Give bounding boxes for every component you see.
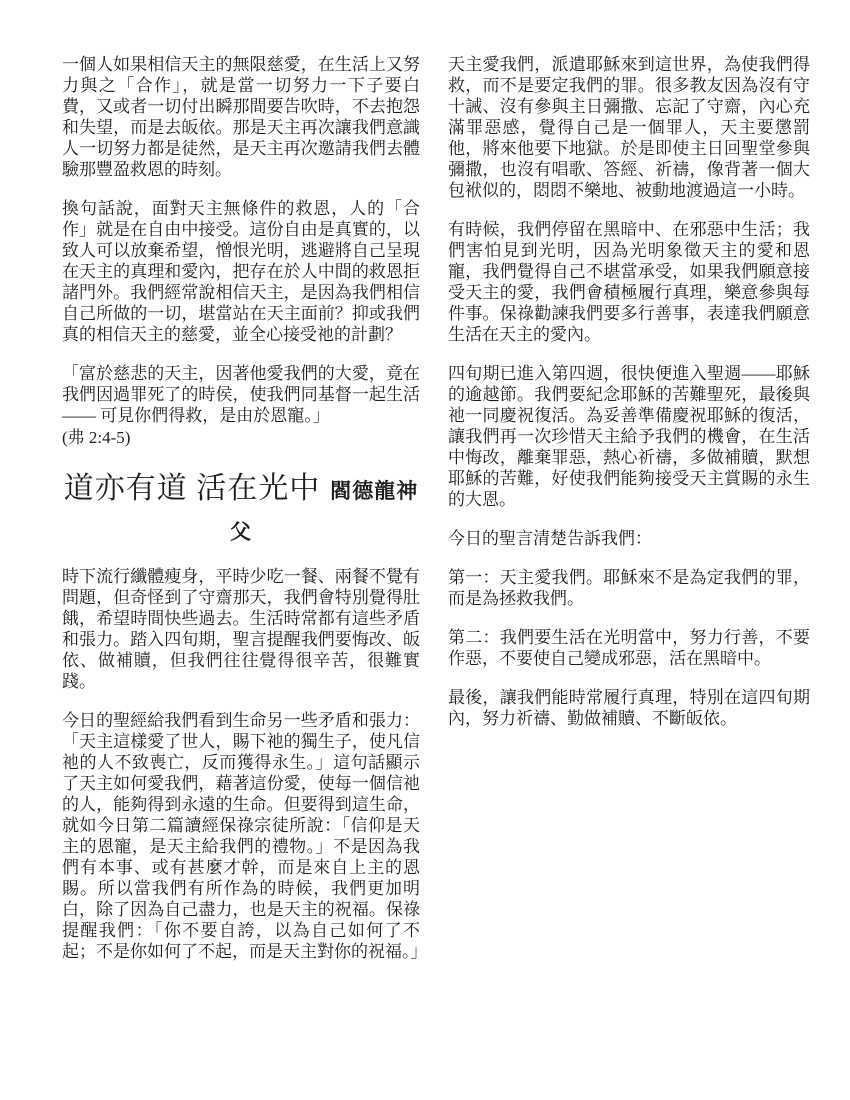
paragraph-cooperation-freedom: 換句話說，面對天主無條件的救恩，人的「合作」就是在自由中接受。這份自由是真實的，… [62,198,420,345]
bible-quote: 「富於慈悲的天主，因著他愛我們的大愛，竟在我們因過罪死了的時侯，使我們同基督一起… [62,363,420,426]
right-column: 天主愛我們，派遣耶穌來到這世界，為使我們得救，而不是要定我們的罪。很多教友因為沒… [448,54,810,1100]
paragraph-word-intro: 今日的聖言清楚告訴我們： [448,528,810,549]
paragraph-gods-love-gift: 今日的聖經給我們看到生命另一些矛盾和張力：「天主這樣愛了世人，賜下祂的獨生子，使… [62,710,420,962]
paragraph-darkness-light: 有時候，我們停留在黑暗中、在邪惡中生活；我們害怕見到光明，因為光明象徵天主的愛和… [448,219,810,345]
paragraph-closing: 最後，讓我們能時常履行真理，特別在這四旬期內，努力祈禱、勤做補贖、不斷皈依。 [448,687,810,729]
paragraph-lent-fourth-week: 四旬期已進入第四週，很快便進入聖週——耶穌的逾越節。我們要紀念耶穌的苦難聖死，最… [448,363,810,510]
paragraph-point-one: 第一：天主愛我們。耶穌來不是為定我們的罪，而是為拯救我們。 [448,567,810,609]
quote-citation: (弗 2:4-5) [62,426,420,449]
paragraph-fasting-tension: 時下流行纖體瘦身，平時少吃一餐、兩餐不覺有問題，但奇怪到了守齋那天，我們會特別覺… [62,566,420,692]
article-heading: 道亦有道 活在光中閻德龍神父 [62,467,420,548]
paragraph-point-two: 第二：我們要生活在光明當中，努力行善，不要作惡，不要使自己變成邪惡，活在黑暗中。 [448,627,810,669]
document-page: 一個人如果相信天主的無限慈愛，在生活上又努力與之「合作」，就是當一切努力一下子要… [0,0,850,1100]
paragraph-trust-in-god: 一個人如果相信天主的無限慈愛，在生活上又努力與之「合作」，就是當一切努力一下子要… [62,54,420,180]
left-column: 一個人如果相信天主的無限慈愛，在生活上又努力與之「合作」，就是當一切努力一下子要… [62,54,420,1100]
article-title: 道亦有道 活在光中 [64,472,321,505]
paragraph-jesus-saves: 天主愛我們，派遣耶穌來到這世界，為使我們得救，而不是要定我們的罪。很多教友因為沒… [448,54,810,201]
